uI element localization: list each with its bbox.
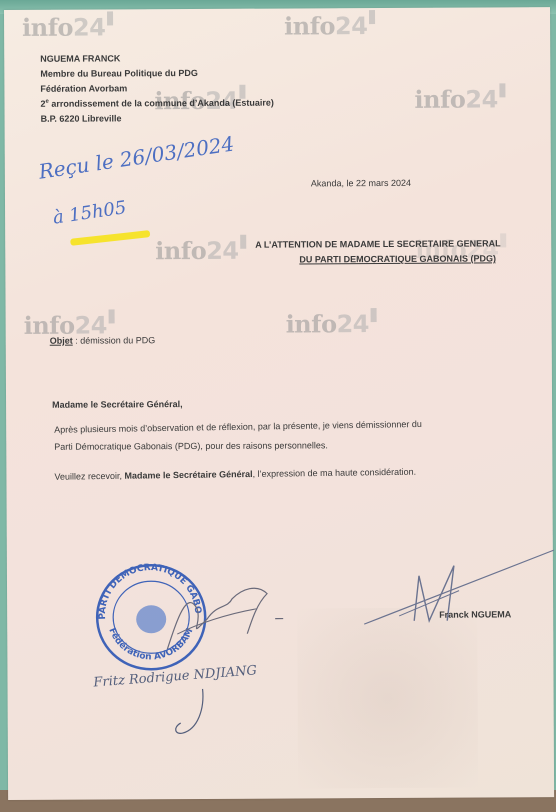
highlight-mark xyxy=(70,230,150,246)
watermark-logo: info24 xyxy=(22,11,113,41)
sender-federation: Fédération Avorbam xyxy=(40,83,127,93)
sender-name: NGUEMA FRANCK xyxy=(40,53,120,63)
place-date: Akanda, le 22 mars 2024 xyxy=(311,178,411,189)
handwritten-received-date: Reçu le 26/03/2024 xyxy=(37,131,236,183)
watermark-logo: info24 xyxy=(284,10,375,40)
watermark-logo: info24 xyxy=(414,83,505,113)
watermark-logo: info24 xyxy=(155,235,246,265)
author-signature xyxy=(359,545,556,636)
body-line-1: Après plusieurs mois d’observation et de… xyxy=(54,419,422,435)
body-line-2: Parti Démocratique Gabonais (PDG), pour … xyxy=(54,440,328,451)
watermark-logo: info24 xyxy=(286,308,377,338)
letter-page: info24 info24 info24 info24 info24 info2… xyxy=(4,7,554,800)
handwritten-received-time: à 15h05 xyxy=(52,197,128,228)
closing-line: Veuillez recevoir, Madame le Secrétaire … xyxy=(54,467,416,482)
receiver-signature-scribble xyxy=(157,579,277,660)
signatory-name: Franck NGUEMA xyxy=(439,609,511,619)
sender-district: 2e arrondissement de la commune d’Akanda… xyxy=(40,98,273,109)
recipient-line-1: A L’ATTENTION DE MADAME LE SECRETAIRE GE… xyxy=(255,238,500,249)
salutation: Madame le Secrétaire Général, xyxy=(52,399,183,410)
subject-line: Objet : démission du PDG xyxy=(50,335,156,346)
sender-postal: B.P. 6220 Libreville xyxy=(41,113,122,123)
sender-role: Membre du Bureau Politique du PDG xyxy=(40,68,198,79)
signature-flourish xyxy=(173,689,213,739)
recipient-line-2: DU PARTI DEMOCRATIQUE GABONAIS (PDG) xyxy=(299,253,496,264)
